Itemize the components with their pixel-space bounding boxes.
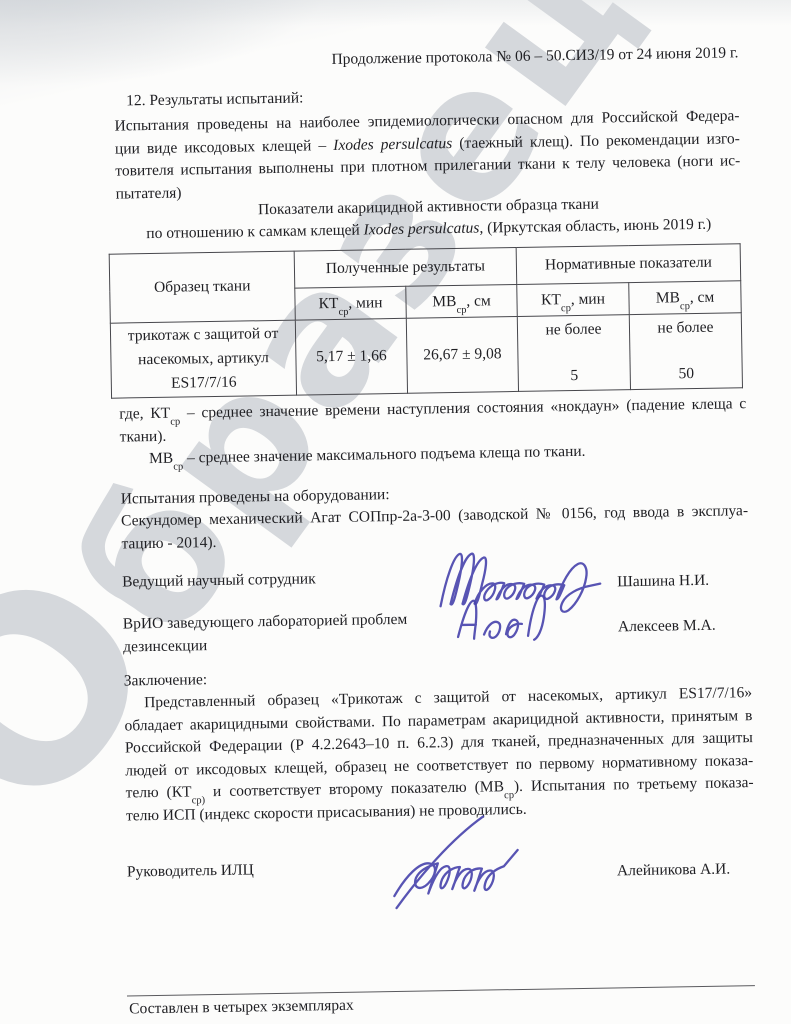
col-header-sample: Образец ткани <box>109 251 295 323</box>
scanned-protocol-page: Образец Продолжение протокола № 06 – 50.… <box>0 0 791 1024</box>
conclusion-heading: Заключение: <box>124 669 208 693</box>
table-row: трикотаж с защитой от насекомых, артикул… <box>110 313 742 398</box>
species-latin-name: Ixodes persulcatus <box>333 135 452 154</box>
cell-sample-name: трикотаж с защитой от насекомых, артикул… <box>110 320 296 398</box>
species-latin-name: Ixodes persulcatus <box>363 220 479 239</box>
copies-note: Составлен в четырех экземплярах <box>129 997 354 1019</box>
col-group-normative: Нормативные показатели <box>516 244 741 285</box>
signatory-title-lead-researcher: Ведущий научный сотрудник <box>122 568 316 594</box>
signatory-title-acting-head: ВрИО заведующего лабораторией проблем де… <box>123 608 454 658</box>
conclusion-paragraph: Представленный образец «Трикотаж с защит… <box>124 682 754 828</box>
document-content: Продолжение протокола № 06 – 50.СИЗ/19 о… <box>0 0 791 1024</box>
results-section-heading: 12. Результаты испытаний: <box>126 89 304 110</box>
table-title: Показатели акарицидной активности образц… <box>116 191 742 245</box>
col-header-mv-obtained: МВср, см <box>406 284 518 318</box>
col-header-mv-normative: МВср, см <box>629 281 742 315</box>
cell-mv-normative: не более50 <box>629 313 742 390</box>
signature-ink-alekseev <box>449 589 568 649</box>
signatory-title-ilc-head: Руководитель ИЛЦ <box>127 859 254 884</box>
cell-mv-result: 26,67 ± 9,08 <box>406 316 518 393</box>
cell-kt-normative: не более5 <box>517 315 630 392</box>
col-group-obtained-results: Полученные результаты <box>294 247 517 288</box>
acaricidal-results-table: Образец ткани Полученные результаты Норм… <box>109 243 743 398</box>
footer-divider <box>127 985 755 996</box>
signatory-name-shashina: Шашина Н.И. <box>617 570 709 594</box>
protocol-continuation-header: Продолжение протокола № 06 – 50.СИЗ/19 о… <box>92 44 738 73</box>
col-header-kt-normative: КТср, мин <box>517 283 630 317</box>
signatory-name-aleynikova: Алейникова А.И. <box>617 859 731 883</box>
col-header-kt-obtained: КТср, мин <box>295 286 407 320</box>
cell-kt-result: 5,17 ± 1,66 <box>295 318 407 395</box>
signature-ink-aleynikova <box>385 809 555 917</box>
results-intro-paragraph: Испытания проведены на наиболее эпидемио… <box>114 105 740 205</box>
signatory-name-alekseev: Алексеев М.А. <box>618 615 716 639</box>
